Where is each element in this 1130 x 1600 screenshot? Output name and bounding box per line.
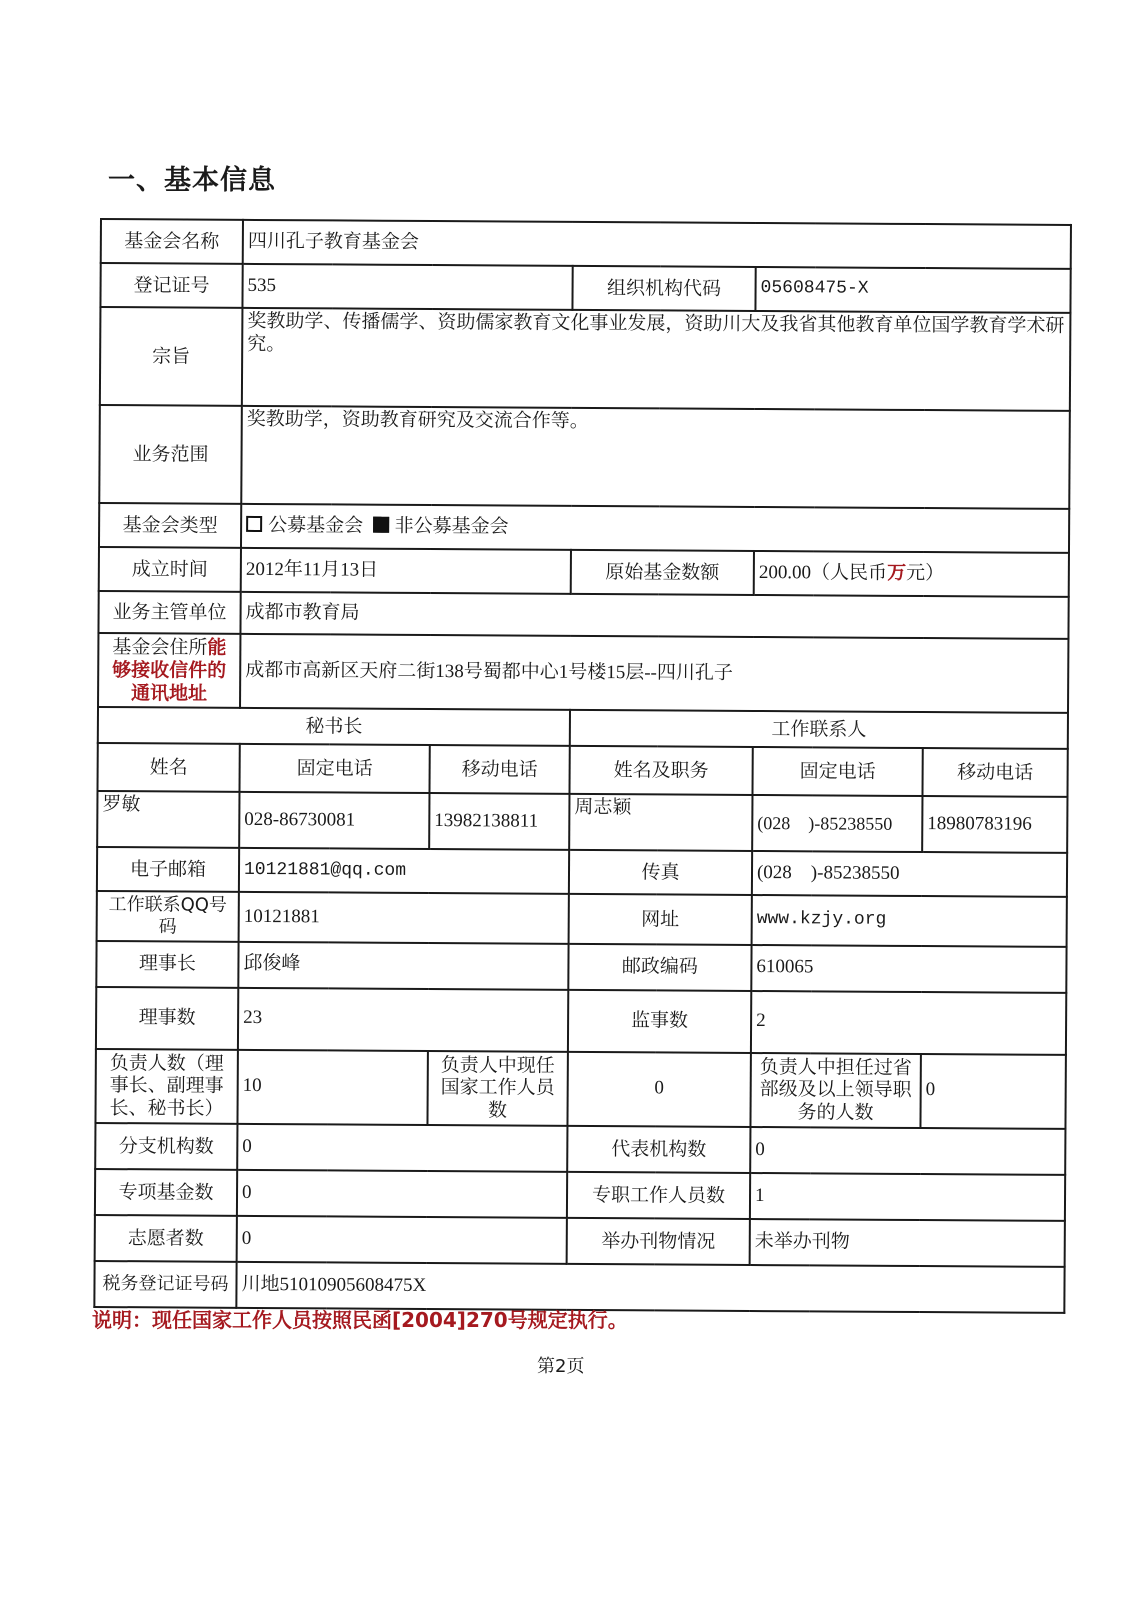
postcode-value: 610065 — [751, 945, 1066, 993]
email-label: 电子邮箱 — [97, 847, 239, 892]
address-label-black: 基金会住所 — [112, 636, 207, 659]
secretary-name: 罗敏 — [97, 791, 239, 848]
public-fund-checkbox[interactable] — [246, 515, 262, 531]
secretary-landline: 028-86730081 — [239, 792, 429, 849]
row-leaders: 负责人数（理事长、副理事长、秘书长） 10 负责人中现任国家工作人员数 0 负责… — [95, 1049, 1065, 1129]
founded-value: 2012年11月13日 — [241, 548, 571, 594]
website-value: www.kzjy.org — [752, 895, 1067, 946]
row-volunteers: 志愿者数 0 举办刊物情况 未举办刊物 — [95, 1215, 1065, 1267]
col-worker-landline: 固定电话 — [752, 747, 922, 796]
tax-reg-label: 税务登记证号码 — [94, 1261, 236, 1308]
non-public-fund-label: 非公募基金会 — [395, 515, 509, 537]
page-number: 第2页 — [537, 1352, 584, 1378]
type-options: 公募基金会 非公募基金会 — [241, 504, 1069, 553]
leaders-prov-label: 负责人中担任过省部级及以上领导职务的人数 — [750, 1053, 920, 1128]
type-label: 基金会类型 — [99, 503, 241, 548]
row-purpose: 宗旨 奖教助学、传播儒学、资助儒家教育文化事业发展，资助川大及我省其他教育单位国… — [100, 307, 1071, 411]
address-value: 成都市高新区天府二街138号蜀都中心1号楼15层--四川孔子 — [240, 634, 1068, 713]
rep-offices-value: 0 — [750, 1127, 1065, 1175]
volunteers-value: 0 — [237, 1216, 567, 1264]
row-type: 基金会类型 公募基金会 非公募基金会 — [99, 503, 1069, 553]
worker-landline: (028 )-85238550 — [752, 795, 922, 852]
chairman-label: 理事长 — [96, 941, 238, 988]
unit-pre: （人民币 — [811, 562, 887, 583]
row-contact-columns: 姓名 固定电话 移动电话 姓名及职务 固定电话 移动电话 — [97, 743, 1067, 797]
secretary-mobile: 13982138811 — [429, 793, 569, 850]
branches-value: 0 — [237, 1124, 567, 1172]
row-special-funds: 专项基金数 0 专职工作人员数 1 — [95, 1169, 1065, 1221]
section-title: 一、基本信息 — [108, 158, 276, 197]
org-code-label: 组织机构代码 — [572, 266, 755, 311]
branches-label: 分支机构数 — [95, 1123, 237, 1170]
publications-value: 未举办刊物 — [750, 1219, 1065, 1267]
row-email: 电子邮箱 10121881@qq.com 传真 (028 )-85238550 — [97, 847, 1067, 897]
non-public-fund-checkbox[interactable] — [373, 516, 389, 532]
fulltime-staff-label: 专职工作人员数 — [567, 1172, 750, 1219]
publications-label: 举办刊物情况 — [567, 1218, 750, 1265]
supervisors-value: 2 — [751, 991, 1066, 1055]
org-code-value: 05608475-X — [755, 267, 1070, 313]
row-scope: 业务范围 奖教助学，资助教育研究及交流合作等。 — [99, 405, 1070, 509]
special-funds-label: 专项基金数 — [95, 1169, 237, 1216]
scope-value: 奖教助学，资助教育研究及交流合作等。 — [241, 406, 1070, 509]
row-founded: 成立时间 2012年11月13日 原始基金数额 200.00（人民币万元） — [99, 547, 1069, 597]
founded-label: 成立时间 — [99, 547, 241, 592]
volunteers-label: 志愿者数 — [95, 1215, 237, 1262]
purpose-value: 奖教助学、传播儒学、资助儒家教育文化事业发展，资助川大及我省其他教育单位国学教育… — [242, 308, 1071, 411]
name-label: 基金会名称 — [101, 219, 243, 264]
leaders-gov-label: 负责人中现任国家工作人员数 — [427, 1051, 567, 1126]
col-name-title: 姓名及职务 — [569, 746, 752, 795]
initial-fund-value: 200.00（人民币万元） — [754, 551, 1069, 597]
row-reg-no: 登记证号 535 组织机构代码 05608475-X — [100, 263, 1070, 313]
row-qq: 工作联系QQ号码 10121881 网址 www.kzjy.org — [97, 891, 1067, 946]
col-mobile: 移动电话 — [429, 745, 569, 794]
purpose-label: 宗旨 — [100, 307, 243, 406]
secretary-header: 秘书长 — [98, 707, 570, 746]
address-label: 基金会住所能够接收信件的通讯地址 — [98, 633, 240, 708]
postcode-label: 邮政编码 — [568, 943, 751, 990]
fax-value: (028 )-85238550 — [752, 851, 1067, 897]
leaders-value: 10 — [237, 1049, 427, 1125]
col-landline: 固定电话 — [239, 744, 429, 793]
supervisor-label: 业务主管单位 — [98, 591, 240, 634]
row-contact-values: 罗敏 028-86730081 13982138811 周志颖 (028 )-8… — [97, 791, 1067, 853]
row-name: 基金会名称 四川孔子教育基金会 — [101, 219, 1071, 269]
scope-label: 业务范围 — [99, 405, 242, 504]
basic-info-table: 基金会名称 四川孔子教育基金会 登记证号 535 组织机构代码 05608475… — [93, 218, 1072, 1314]
worker-header: 工作联系人 — [570, 710, 1068, 749]
row-directors: 理事数 23 监事数 2 — [96, 987, 1066, 1055]
reg-no-label: 登记证号 — [100, 263, 242, 308]
website-label: 网址 — [569, 894, 752, 944]
supervisor-value: 成都市教育局 — [240, 592, 1068, 639]
special-funds-value: 0 — [237, 1170, 567, 1218]
name-value: 四川孔子教育基金会 — [243, 220, 1071, 269]
leaders-prov-value: 0 — [920, 1054, 1065, 1129]
qq-label: 工作联系QQ号码 — [97, 891, 239, 941]
reg-no-value: 535 — [242, 264, 572, 310]
unit-wan: 万 — [887, 562, 906, 583]
row-branches: 分支机构数 0 代表机构数 0 — [95, 1123, 1065, 1175]
leaders-label: 负责人数（理事长、副理事长、秘书长） — [95, 1049, 237, 1124]
worker-name: 周志颖 — [569, 794, 752, 851]
directors-label: 理事数 — [96, 987, 238, 1050]
leaders-gov-value: 0 — [567, 1051, 750, 1127]
row-chairman: 理事长 邱俊峰 邮政编码 610065 — [96, 941, 1066, 993]
email-value: 10121881@qq.com — [239, 848, 569, 894]
rep-offices-label: 代表机构数 — [567, 1126, 750, 1173]
public-fund-label: 公募基金会 — [268, 515, 363, 537]
row-contact-groups: 秘书长 工作联系人 — [98, 707, 1068, 749]
initial-fund-amount: 200.00 — [759, 562, 811, 583]
row-address: 基金会住所能够接收信件的通讯地址 成都市高新区天府二街138号蜀都中心1号楼15… — [98, 633, 1068, 713]
fax-label: 传真 — [569, 850, 752, 895]
fulltime-staff-value: 1 — [750, 1173, 1065, 1221]
footnote: 说明：现任国家工作人员按照民函[2004]270号规定执行。 — [92, 1304, 628, 1333]
worker-mobile: 18980783196 — [922, 796, 1067, 853]
col-worker-mobile: 移动电话 — [922, 748, 1067, 797]
supervisors-label: 监事数 — [568, 989, 751, 1052]
col-name: 姓名 — [97, 743, 239, 792]
row-supervisor: 业务主管单位 成都市教育局 — [98, 591, 1068, 639]
chairman-value: 邱俊峰 — [238, 941, 568, 989]
initial-fund-label: 原始基金数额 — [571, 550, 754, 595]
directors-value: 23 — [238, 987, 568, 1051]
qq-value: 10121881 — [239, 892, 569, 943]
unit-post: 元） — [906, 563, 944, 584]
